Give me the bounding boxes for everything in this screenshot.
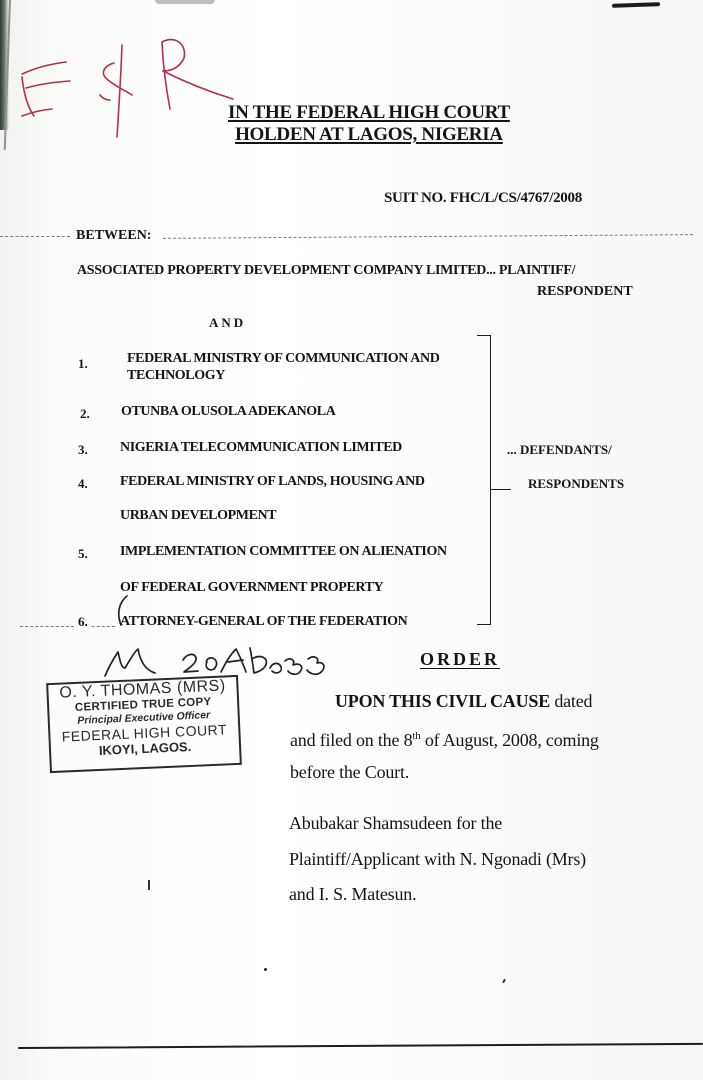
scan-smudge xyxy=(155,0,215,4)
order-text: dated xyxy=(550,691,592,711)
order-paragraph-line: and filed on the 8th of August, 2008, co… xyxy=(290,724,599,752)
ordinal-suffix: th xyxy=(412,730,420,742)
dashed-rule-right xyxy=(163,234,693,239)
speck xyxy=(148,880,150,890)
order-paragraph-line: UPON THIS CIVIL CAUSE dated xyxy=(335,689,592,713)
order-text: and filed on the 8 xyxy=(290,730,412,750)
ink-mark xyxy=(612,2,660,8)
brace-top xyxy=(477,335,491,336)
plaintiff-name: ASSOCIATED PROPERTY DEVELOPMENT COMPANY … xyxy=(77,263,486,278)
appearance-line: Abubakar Shamsudeen for the xyxy=(289,811,502,835)
defendant-number: 3. xyxy=(78,442,88,458)
defendant-number: 6. xyxy=(76,614,90,630)
defendant-name: IMPLEMENTATION COMMITTEE ON ALIENATION xyxy=(120,544,447,560)
defendant-name-cont: OF FEDERAL GOVERNMENT PROPERTY xyxy=(120,580,383,596)
appearance-line: and I. S. Matesun. xyxy=(289,882,416,906)
plaintiff-line: ASSOCIATED PROPERTY DEVELOPMENT COMPANY … xyxy=(77,263,575,279)
order-heading: ORDER xyxy=(420,649,500,670)
court-heading: IN THE FEDERAL HIGH COURT HOLDEN AT LAGO… xyxy=(228,102,510,146)
document-page: IN THE FEDERAL HIGH COURT HOLDEN AT LAGO… xyxy=(0,0,703,1080)
defendant-name: ATTORNEY-GENERAL OF THE FEDERATION xyxy=(120,614,407,630)
appearance-line: Plaintiff/Applicant with N. Ngonadi (Mrs… xyxy=(289,847,586,871)
court-heading-line1: IN THE FEDERAL HIGH COURT xyxy=(228,102,510,124)
handwritten-initials-annotation xyxy=(0,0,703,1080)
between-label: BETWEEN: xyxy=(76,228,151,244)
signature-and-date-handwriting xyxy=(0,0,703,1080)
defendant-name: FEDERAL MINISTRY OF LANDS, HOUSING AND xyxy=(120,474,425,490)
speck xyxy=(264,968,267,971)
court-heading-line2: HOLDEN AT LAGOS, NIGERIA xyxy=(228,124,510,146)
defendant-name-cont: TECHNOLOGY xyxy=(127,368,225,384)
defendant-name: OTUNBA OLUSOLA ADEKANOLA xyxy=(121,404,335,420)
defendants-role: ... DEFENDANTS/ xyxy=(507,442,612,458)
speck xyxy=(502,979,506,983)
plaintiff-role-continued: RESPONDENT xyxy=(537,284,633,300)
and-separator: AND xyxy=(209,315,246,331)
brace xyxy=(490,335,491,625)
defendant-name-cont: URBAN DEVELOPMENT xyxy=(120,508,276,524)
defendant-name: FEDERAL MINISTRY OF COMMUNICATION AND xyxy=(127,351,439,367)
defendants-role-continued: RESPONDENTS xyxy=(528,476,624,492)
defendant-number: 1. xyxy=(78,356,88,372)
defendant-number: 4. xyxy=(78,476,88,492)
order-text: of August, 2008, coming xyxy=(421,730,599,750)
defendant-number: 5. xyxy=(78,546,88,562)
defendant-name: NIGERIA TELECOMMUNICATION LIMITED xyxy=(120,440,402,456)
bottom-rule xyxy=(18,1043,703,1049)
plaintiff-role: ... PLAINTIFF/ xyxy=(486,263,575,278)
dashed-rule-left xyxy=(0,236,70,237)
certified-true-copy-stamp: O. Y. THOMAS (MRS) CERTIFIED TRUE COPY P… xyxy=(46,675,242,773)
dashed-leader xyxy=(20,626,115,627)
brace-bottom xyxy=(477,624,491,625)
order-cause-label: UPON THIS CIVIL CAUSE xyxy=(335,691,550,711)
order-paragraph-line: before the Court. xyxy=(290,760,409,784)
suit-number: SUIT NO. FHC/L/CS/4767/2008 xyxy=(384,190,582,207)
defendant-number: 2. xyxy=(80,406,90,422)
brace-point xyxy=(491,489,511,490)
